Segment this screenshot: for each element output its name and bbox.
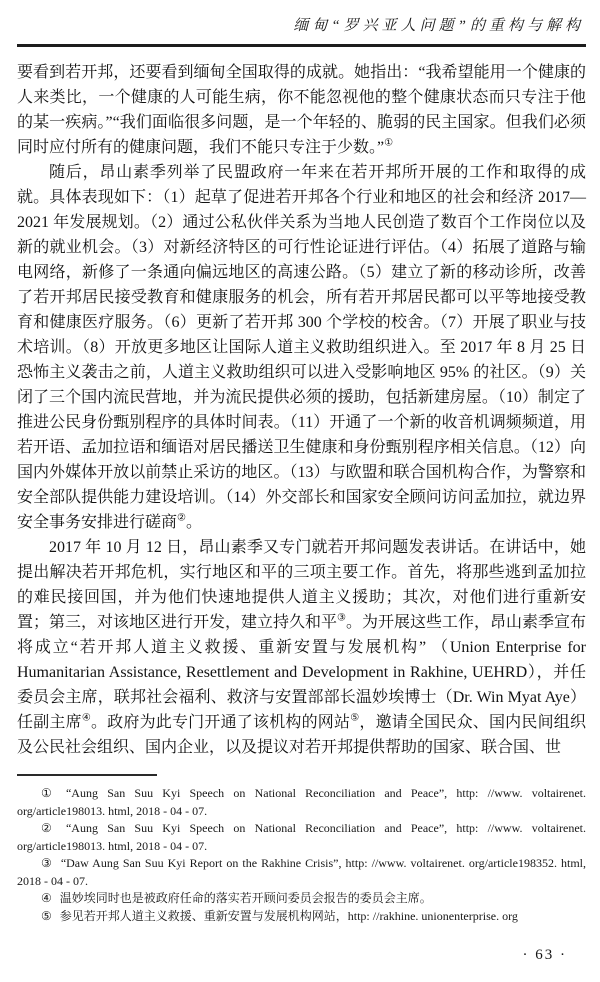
book-page: 缅甸“罗兴亚人问题”的重构与解构 要看到若开邦，还要看到缅甸全国取得的成就。她指… (0, 0, 600, 982)
footnote: ③“Daw Aung San Suu Kyi Report on the Rak… (17, 855, 586, 890)
footnote-text: 参见若开邦人道主义救援、重新安置与发展机构网站，http: //rakhine.… (60, 909, 518, 923)
footnote-ref: ② (177, 513, 186, 524)
body-text-segment: 。政府为此专门开通了该机构的网站 (91, 714, 350, 731)
footnote-text: “Daw Aung San Suu Kyi Report on the Rakh… (17, 856, 586, 888)
body-text-segment: 随后，昂山素季列举了民盟政府一年来在若开邦所开展的工作和取得的成就。具体表现如下… (17, 164, 586, 531)
footnote-text: 温妙埃同时也是被政府任命的落实若开顾问委员会报告的委员会主席。 (60, 891, 432, 905)
footnote-ref: ① (384, 138, 393, 149)
footnotes: ①“Aung San Suu Kyi Speech on National Re… (17, 785, 586, 925)
footnote-marker: ③ (41, 856, 53, 870)
paragraph: 要看到若开邦，还要看到缅甸全国取得的成就。她指出：“我希望能用一个健康的人来类比… (17, 60, 586, 160)
footnote: ④温妙埃同时也是被政府任命的落实若开顾问委员会报告的委员会主席。 (17, 890, 586, 908)
footnote-ref: ⑤ (350, 713, 359, 724)
footnote-text: “Aung San Suu Kyi Speech on National Rec… (17, 821, 586, 853)
page-number: · 63 · (523, 947, 568, 964)
footnote-marker: ② (41, 821, 58, 835)
footnote-marker: ④ (41, 891, 52, 905)
footnote: ⑤参见若开邦人道主义救援、重新安置与发展机构网站，http: //rakhine… (17, 908, 586, 926)
body-text-segment: 。 (186, 514, 202, 531)
footnote-text: “Aung San Suu Kyi Speech on National Rec… (17, 786, 586, 818)
paragraph: 2017 年 10 月 12 日，昂山素季又专门就若开邦问题发表讲话。在讲话中，… (17, 535, 586, 760)
footnote-ref: ③ (337, 613, 346, 624)
page-header: 缅甸“罗兴亚人问题”的重构与解构 (17, 12, 586, 47)
footnote: ①“Aung San Suu Kyi Speech on National Re… (17, 785, 586, 820)
body-text: 要看到若开邦，还要看到缅甸全国取得的成就。她指出：“我希望能用一个健康的人来类比… (17, 60, 586, 760)
footnote-marker: ① (41, 786, 58, 800)
header-rule (17, 44, 586, 47)
footnote: ②“Aung San Suu Kyi Speech on National Re… (17, 820, 586, 855)
body-text-segment: 要看到若开邦，还要看到缅甸全国取得的成就。她指出：“我希望能用一个健康的人来类比… (17, 64, 586, 156)
footnote-separator (17, 774, 157, 776)
footnote-ref: ④ (82, 713, 91, 724)
running-title: 缅甸“罗兴亚人问题”的重构与解构 (17, 12, 586, 44)
paragraph: 随后，昂山素季列举了民盟政府一年来在若开邦所开展的工作和取得的成就。具体表现如下… (17, 160, 586, 535)
footnote-marker: ⑤ (41, 909, 52, 923)
